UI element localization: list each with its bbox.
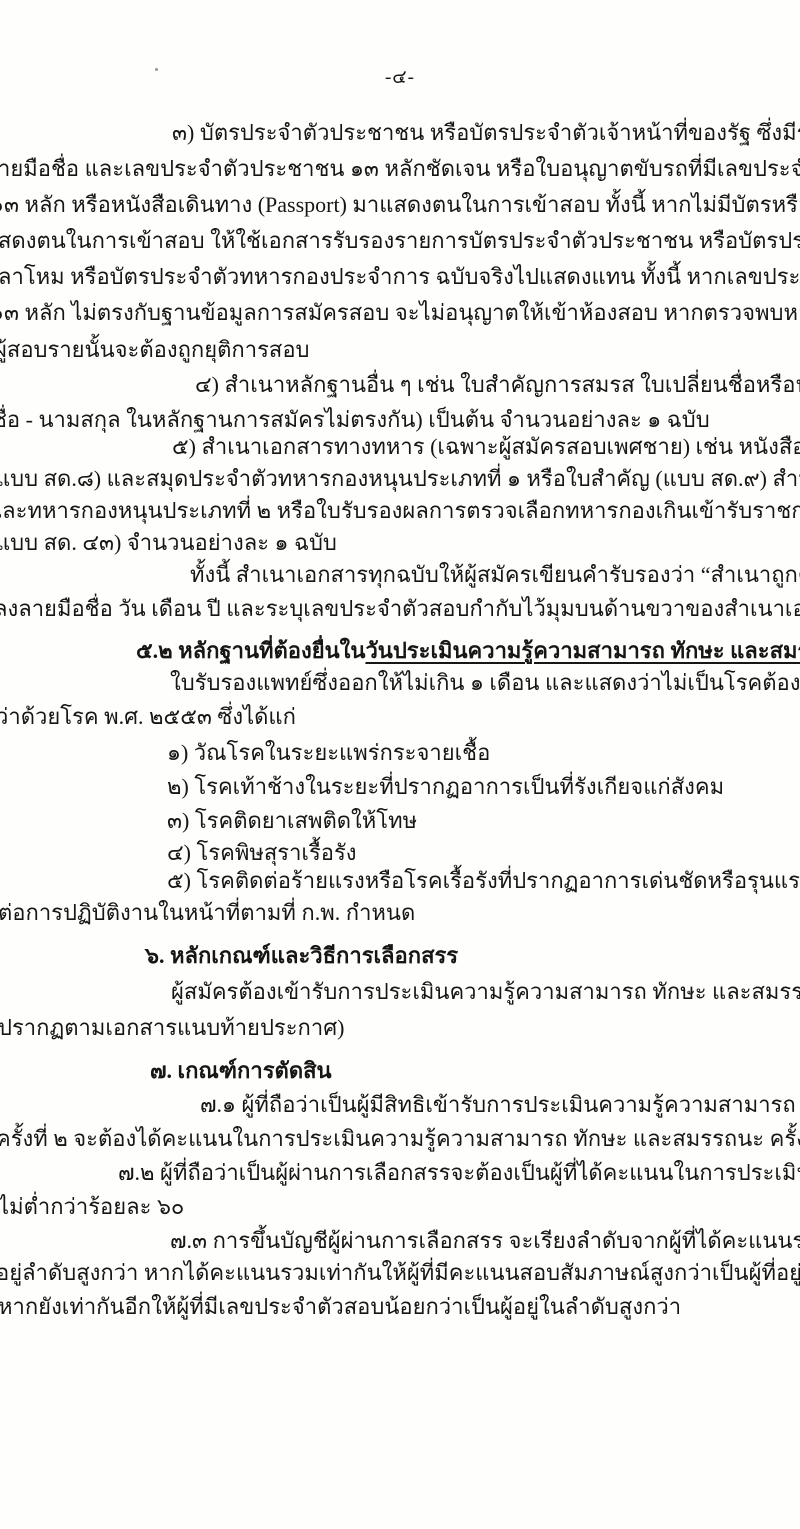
text-line: ๑๓ หลัก หรือหนังสือเดินทาง (Passport) มา… [0,190,800,220]
text-line: ายมือชื่อ และเลขประจำตัวประชาชน ๑๓ หลักช… [0,154,800,184]
text-line: ต่อการปฏิบัติงานในหน้าที่ตามที่ ก.พ. กำห… [0,898,415,928]
text-line: ลงลายมือชื่อ วัน เดือน ปี และระบุเลขประจ… [0,594,800,624]
text-line: ๒) โรคเท้าช้างในระยะที่ปรากฏอาการเป็นที่… [167,772,724,802]
section-5-2-heading: ๕.๒ หลักฐานที่ต้องยื่นในวันประเมินความรู… [136,636,800,666]
underlined-text: วันประเมินความรู้ความสามารถ ทักษะ และสมร… [365,638,800,663]
text-line: อยู่ลำดับสูงกว่า หากได้คะแนนรวมเท่ากันให… [0,1258,800,1288]
text-line: ผู้สมัครต้องเข้ารับการประเมินความรู้ความ… [171,977,800,1007]
section-7-heading: ๗. เกณฑ์การตัดสิน [150,1056,332,1086]
text-line: ปรากฏตามเอกสารแนบท้ายประกาศ) [0,1013,345,1043]
text-line: ทั้งนี้ สำเนาเอกสารทุกฉบับให้ผู้สมัครเขี… [190,560,800,590]
page-number: -๔- [0,62,800,92]
text-line: ไม่ต่ำกว่าร้อยละ ๖๐ [0,1192,184,1222]
text-line: ชื่อ - นามสกุล ในหลักฐานการสมัครไม่ตรงกั… [0,405,710,435]
text-line: ๕) สำเนาเอกสารทางทหาร (เฉพาะผู้สมัครสอบเ… [172,432,800,462]
text-line: ครั้งที่ ๒ จะต้องได้คะแนนในการประเมินควา… [0,1124,800,1154]
text-segment: ๕.๒ หลักฐานที่ต้องยื่นใน [136,638,365,663]
text-line: ๗.๑ ผู้ที่ถือว่าเป็นผู้มีสิทธิเข้ารับการ… [200,1090,800,1120]
section-6-heading: ๖. หลักเกณฑ์และวิธีการเลือกสรร [145,941,458,971]
text-line: แบบ สด.๘) และสมุดประจำตัวทหารกองหนุนประเ… [0,464,800,494]
text-line: หากยังเท่ากันอีกให้ผู้ที่มีเลขประจำตัวสอ… [0,1292,681,1322]
text-line: ๔) โรคพิษสุราเรื้อรัง [167,838,357,868]
text-line: ๑) วัณโรคในระยะแพร่กระจายเชื้อ [167,738,490,768]
text-line: ลาโหม หรือบัตรประจำตัวทหารกองประจำการ ฉบ… [0,262,800,292]
text-line: ใบรับรองแพทย์ซึ่งออกให้ไม่เกิน ๑ เดือน แ… [170,668,800,698]
text-line: ผู้สอบรายนั้นจะต้องถูกยุติการสอบ [0,335,310,365]
text-line: ๕) โรคติดต่อร้ายแรงหรือโรคเรื้อรังที่ปรา… [167,866,800,896]
text-line: ๑๓ หลัก ไม่ตรงกับฐานข้อมูลการสมัครสอบ จะ… [0,298,800,328]
text-line: ๗.๓ การขึ้นบัญชีผู้ผ่านการเลือกสรร จะเรี… [170,1226,800,1256]
text-line: ๔) สำเนาหลักฐานอื่น ๆ เช่น ใบสำคัญการสมร… [195,370,800,400]
text-line: ๓) บัตรประจำตัวประชาชน หรือบัตรประจำตัวเ… [172,118,800,148]
text-line: และทหารกองหนุนประเภทที่ ๒ หรือใบรับรองผล… [0,496,800,526]
scanned-document-page: -๔- ๓) บัตรประจำตัวประชาชน หรือบัตรประจำ… [0,0,800,1529]
text-line: ๗.๒ ผู้ที่ถือว่าเป็นผู้ผ่านการเลือกสรรจะ… [118,1158,800,1188]
text-line: สดงตนในการเข้าสอบ ให้ใช้เอกสารรับรองรายก… [0,226,800,256]
text-line: ว่าด้วยโรค พ.ศ. ๒๕๕๓ ซึ่งได้แก่ [0,702,296,732]
text-line: แบบ สด. ๔๓) จำนวนอย่างละ ๑ ฉบับ [0,528,337,558]
text-line: ๓) โรคติดยาเสพติดให้โทษ [167,806,417,836]
